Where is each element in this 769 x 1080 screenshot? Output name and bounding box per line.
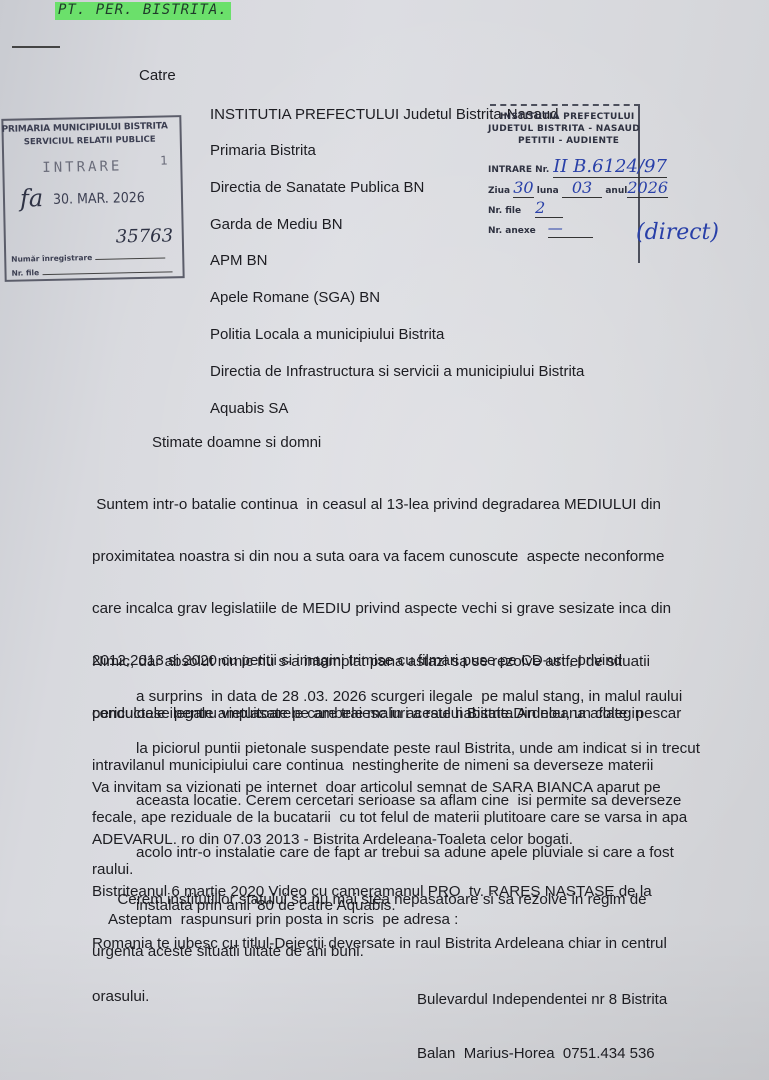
handwritten-direct-note: (direct) (636, 220, 719, 245)
stamp-field-annexes: Nr. anexe— (488, 219, 593, 238)
recipient: Apele Romane (SGA) BN (210, 289, 380, 306)
recipient: Aquabis SA (210, 400, 288, 417)
stamp-field-entry: INTRARE Nr.II B.6124/97 (488, 156, 667, 177)
handwritten-note: PT. PER. BISTRITA. (55, 2, 231, 18)
stamp-county: JUDETUL BISTRITA - NASAUD (488, 124, 640, 134)
text-line: Cerem institutiilor statului sa nu mai s… (92, 891, 647, 908)
stamp-field-files: Nr. file (11, 265, 172, 277)
field-label: Nr. file (488, 206, 521, 216)
stamp-field-date: Ziua 30 luna 03 anul2026 (488, 178, 668, 198)
recipient: Politia Locala a municipiului Bistrita (210, 326, 444, 343)
recipient: APM BN (210, 252, 268, 269)
entry-number: II B.6124/97 (553, 156, 667, 178)
files-value: 2 (535, 198, 563, 218)
text-line: care incalca grav legislatiile de MEDIU … (92, 600, 702, 617)
stamp-date: 30. MAR. 2026 (53, 190, 145, 208)
text-line: a surprins in data de 28 .03. 2026 scurg… (136, 688, 746, 705)
text-line: Va invitam sa vizionati pe internet doar… (92, 779, 702, 796)
field-label: Ziua (488, 186, 510, 196)
field-label: Nr. file (11, 268, 39, 278)
prefecture-registration-stamp: INSTITUTIA PREFECTULUI JUDETUL BISTRITA … (490, 104, 640, 263)
sender-address: Bulevardul Independentei nr 8 Bistrita (417, 991, 667, 1009)
stamp-registration-number: 35763 (116, 225, 174, 247)
annexes-value: — (548, 219, 593, 238)
stamp-entry-label: INTRARE (42, 158, 122, 176)
stamp-department: SERVICIUL RELATII PUBLICE (24, 135, 156, 148)
greeting: Stimate doamne si domni (152, 434, 321, 451)
stamp-issuer: PRIMARIA MUNICIPIULUI BISTRITA (1, 121, 167, 134)
field-label: anul (605, 186, 627, 196)
field-label: Număr înregistrare (11, 253, 92, 264)
stamp-field-registration: Număr înregistrare (11, 252, 165, 264)
primaria-registration-stamp: PRIMARIA MUNICIPIULUI BISTRITA SERVICIUL… (1, 115, 184, 282)
text-line: ADEVARUL. ro din 07.03 2013 - Bistrita A… (92, 831, 702, 848)
stamp-department: PETITII - AUDIENTE (518, 136, 619, 146)
stamp-issuer: INSTITUTIA PREFECTULUI (500, 112, 635, 122)
recipient: Primaria Bistrita (210, 142, 316, 159)
day-value: 30 (513, 178, 533, 198)
sender-block: Bulevardul Independentei nr 8 Bistrita B… (417, 955, 667, 1080)
text-line: proximitatea noastra si din nou a suta o… (92, 548, 702, 565)
field-label: Nr. anexe (488, 226, 536, 236)
stamp-signature: fa (20, 184, 44, 212)
addressee-label: Catre (139, 67, 176, 84)
sender-name-phone: Balan Marius-Horea 0751.434 536 (417, 1045, 667, 1063)
recipient: Directia de Sanatate Publica BN (210, 179, 424, 196)
field-label: INTRARE Nr. (488, 165, 549, 175)
stamp-field-files: Nr. file2 (488, 198, 563, 218)
recipient: Directia de Infrastructura si servicii a… (210, 363, 584, 380)
year-value: 2026 (627, 178, 668, 198)
pen-dash (12, 46, 60, 48)
highlighted-note: PT. PER. BISTRITA. (55, 2, 231, 20)
field-line (95, 257, 165, 259)
month-value: 03 (562, 178, 602, 198)
field-label: luna (537, 186, 559, 196)
recipient: Garda de Mediu BN (210, 216, 343, 233)
text-line: Suntem intr-o batalie continua in ceasul… (92, 496, 702, 513)
paragraph-awaiting-reply: Asteptam raspunsuri prin posta in scris … (92, 911, 458, 928)
stamp-counter: 1 (160, 153, 168, 167)
field-line (42, 271, 172, 275)
